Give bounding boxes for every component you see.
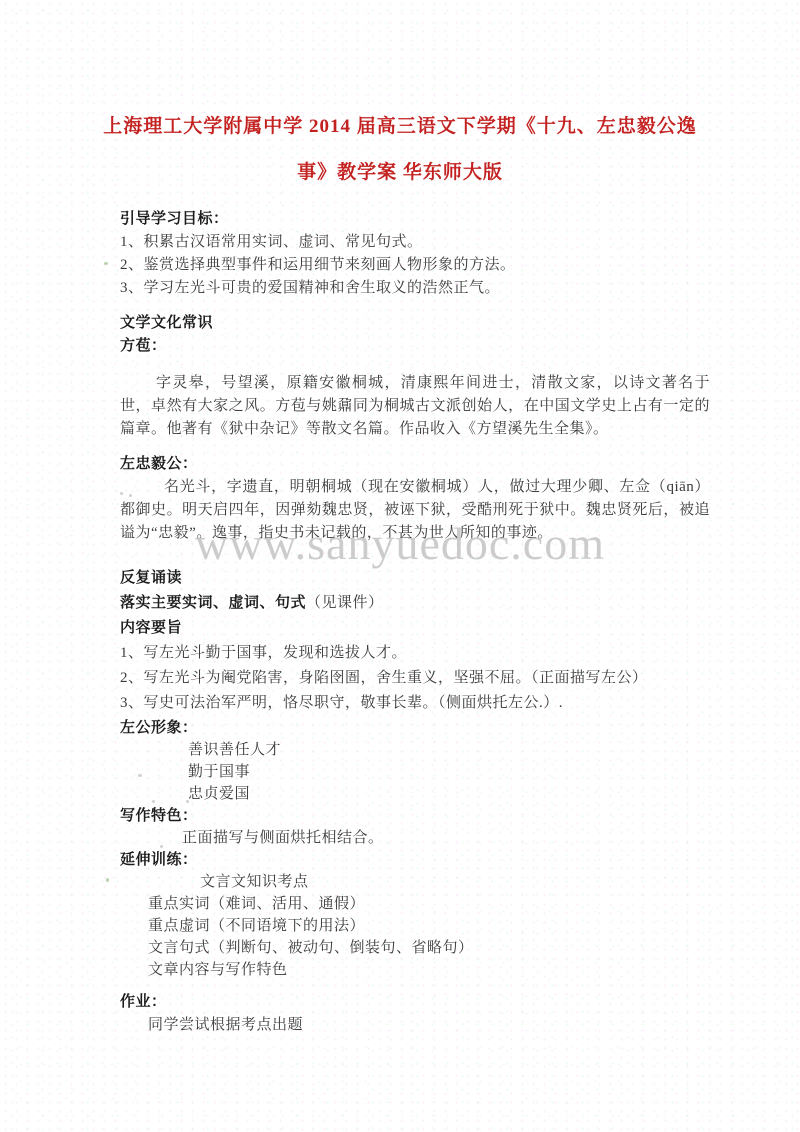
scan-speck — [160, 845, 163, 848]
section-heading-key-words: 落实主要实词、虚词、句式（见课件） — [120, 592, 710, 615]
paragraph-fangbao-bio: 字灵皋，号望溪，原籍安徽桐城，清康熙年间进士，清散文家，以诗文著名于世，卓然有大… — [120, 372, 710, 441]
subheading-fangbao: 方苞： — [120, 335, 710, 358]
extension-item-3: 文言句式（判断句、被动句、倒装句、省略句） — [120, 937, 710, 959]
homework-item: 同学尝试根据考点出题 — [120, 1014, 710, 1037]
learning-goal-item-1: 1、积累古汉语常用实词、虚词、常见句式。 — [120, 231, 710, 254]
title-line-1: 上海理工大学附属中学 2014 届高三语文下学期《十九、左忠毅公逸 — [0, 104, 800, 150]
section-heading-writing-features: 写作特色： — [120, 805, 710, 827]
zuogong-trait-3: 忠贞爱国 — [120, 783, 710, 805]
content-gist-item-3: 3、写史可法治军严明，恪尽职守，敬事长辈。（侧面烘托左公.）. — [120, 692, 710, 715]
scan-speck — [104, 262, 108, 265]
section-heading-extension-training: 延伸训练： — [120, 849, 710, 871]
section-heading-literary-knowledge: 文学文化常识 — [120, 312, 710, 335]
writing-feature-item: 正面描写与侧面烘托相结合。 — [120, 827, 710, 849]
extension-item-4: 文章内容与写作特色 — [120, 959, 710, 981]
section-heading-content-gist: 内容要旨 — [120, 617, 710, 640]
learning-goal-item-2: 2、鉴赏选择典型事件和运用细节来刻画人物形象的方法。 — [120, 254, 710, 277]
scan-speck — [138, 774, 142, 777]
title-line-2: 事》教学案 华东师大版 — [0, 150, 800, 196]
extension-topic-heading: 文言文知识考点 — [120, 871, 710, 893]
content-gist-item-1: 1、写左光斗勤于国事，发现和选拔人才。 — [120, 642, 710, 665]
scan-speck — [152, 800, 155, 803]
key-words-note: （见课件） — [306, 595, 384, 611]
learning-goal-item-3: 3、学习左光斗可贵的爱国精神和舍生取义的浩然正气。 — [120, 277, 710, 300]
content-gist-item-2: 2、写左光斗为阉党陷害，身陷囹圄，舍生重义，坚强不屈。（正面描写左公） — [120, 667, 710, 690]
scan-speck — [186, 800, 189, 803]
document-page: 上海理工大学附属中学 2014 届高三语文下学期《十九、左忠毅公逸 事》教学案 … — [0, 0, 800, 1132]
scan-speck — [106, 878, 109, 882]
section-heading-repeated-reading: 反复诵读 — [120, 567, 710, 590]
scan-speck — [120, 492, 123, 495]
extension-item-2: 重点虚词（不同语境下的用法） — [120, 915, 710, 937]
paragraph-zuozhongyigong-bio: 名光斗，字遗直，明朝桐城（现在安徽桐城）人，做过大理少卿、左佥（qiān）都御史… — [120, 476, 710, 545]
section-heading-zuogong-image: 左公形象： — [120, 717, 710, 739]
zuogong-trait-2: 勤于国事 — [120, 761, 710, 783]
key-words-heading-text: 落实主要实词、虚词、句式 — [120, 595, 306, 611]
section-heading-zuozhongyigong: 左忠毅公： — [120, 453, 710, 476]
document-title: 上海理工大学附属中学 2014 届高三语文下学期《十九、左忠毅公逸 事》教学案 … — [0, 104, 800, 196]
scan-speck — [129, 494, 132, 497]
extension-item-1: 重点实词（难词、活用、通假） — [120, 893, 710, 915]
section-heading-homework: 作业： — [120, 991, 710, 1014]
zuogong-trait-1: 善识善任人才 — [120, 739, 710, 761]
section-heading-learning-goals: 引导学习目标： — [120, 208, 710, 231]
